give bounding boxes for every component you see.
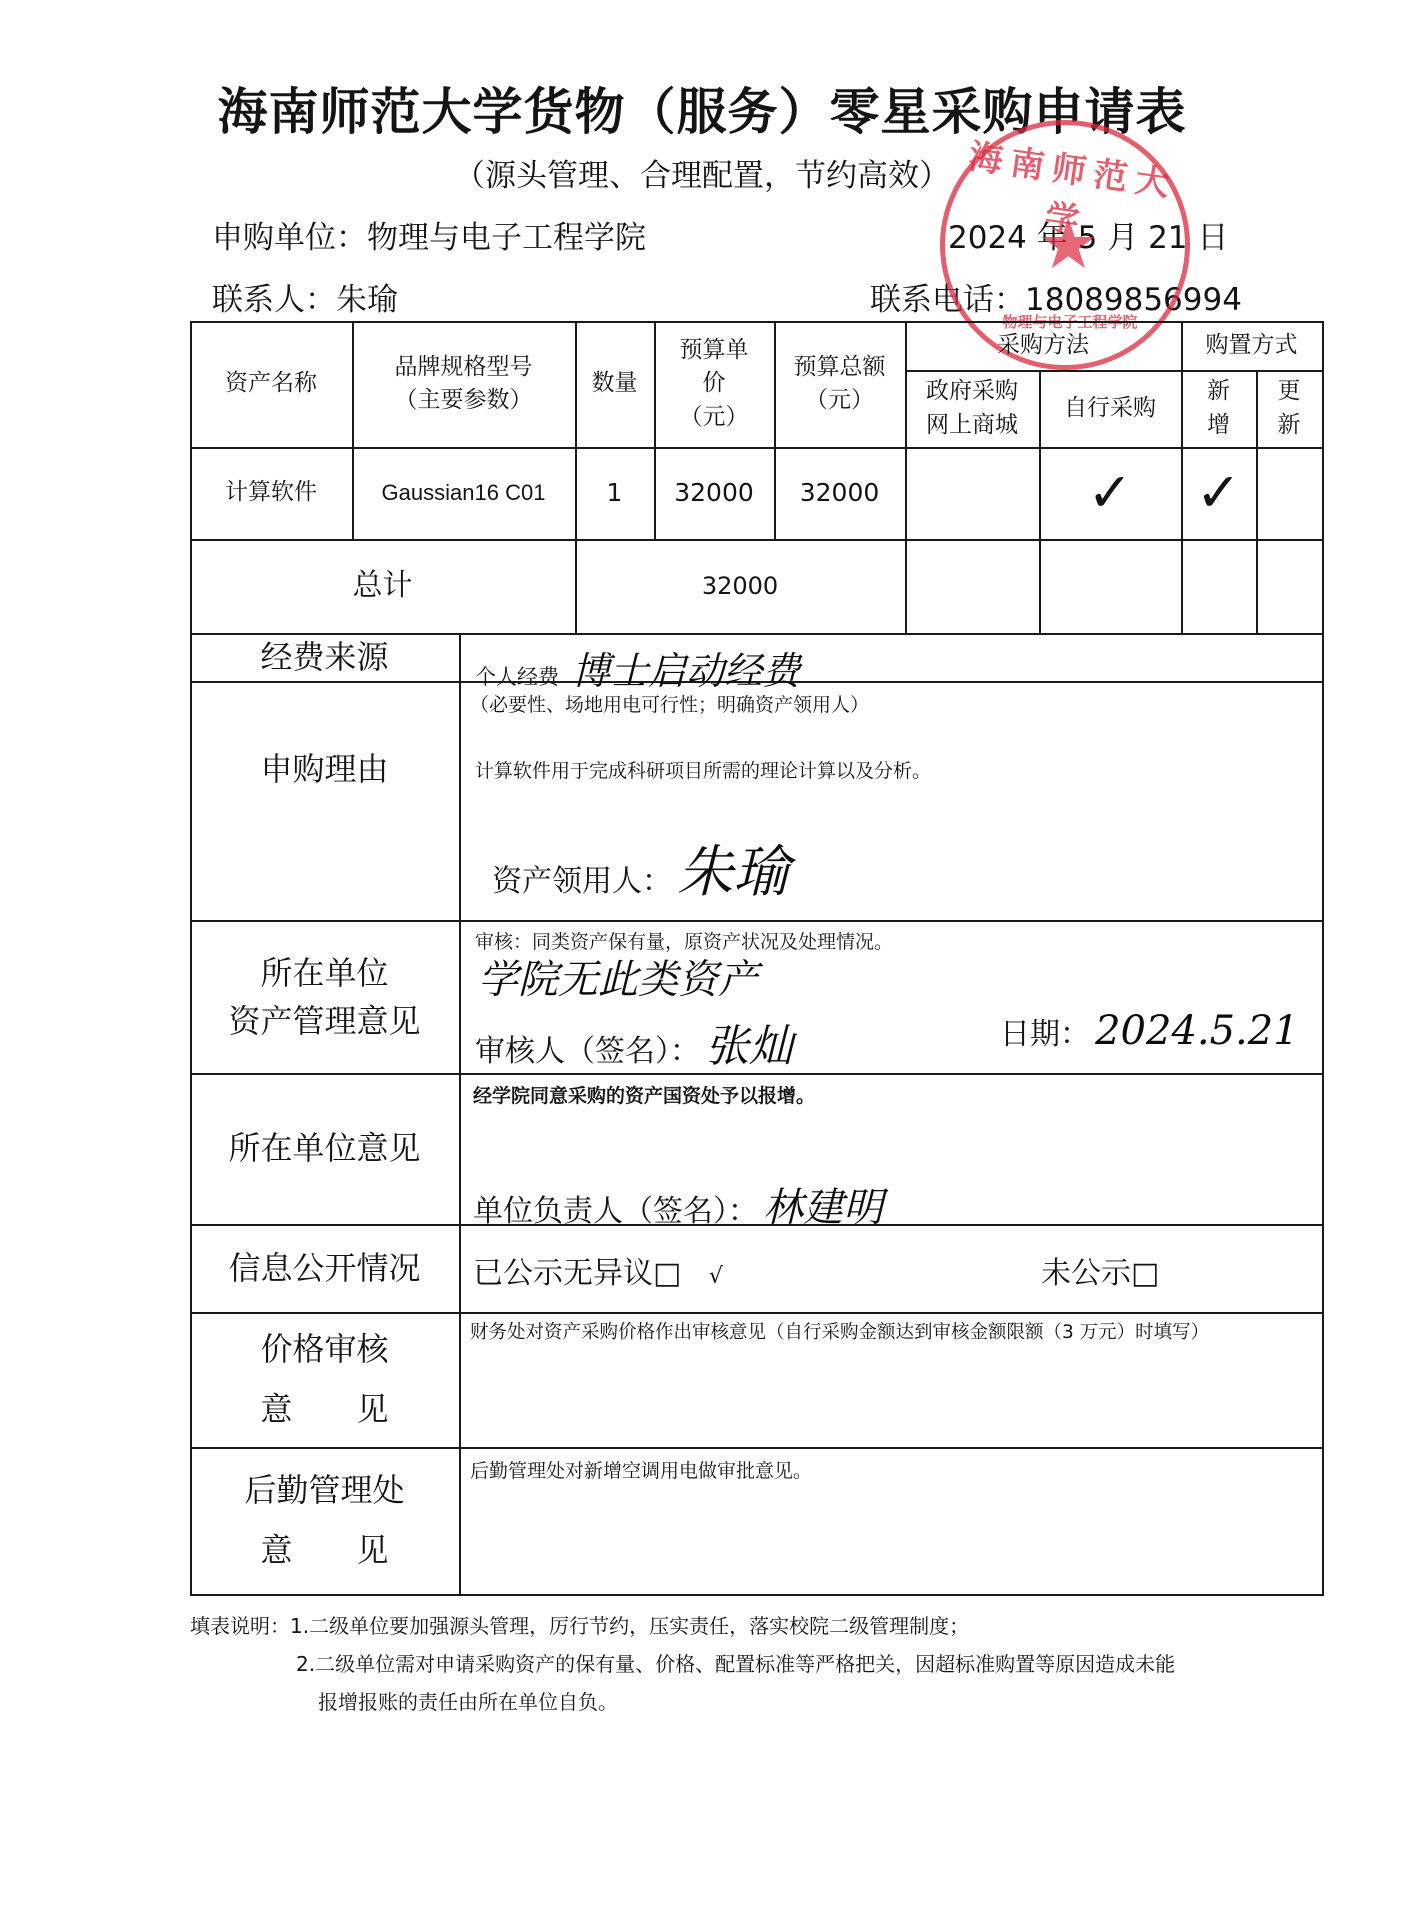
header-quantity: 数量 bbox=[575, 321, 654, 447]
total-label: 总计 bbox=[190, 539, 575, 633]
stamp-star-icon: ★ bbox=[1037, 203, 1100, 285]
header-replace-label: 更新 bbox=[1276, 375, 1302, 442]
new-purchase-check-icon: ✓ bbox=[1181, 447, 1256, 539]
asset-mgmt-handwritten: 学院无此类资产 bbox=[478, 948, 758, 1005]
header-unit-price-label: 预算单价 bbox=[676, 334, 752, 401]
funding-source-field: 个人经费 博士启动经费 bbox=[475, 640, 800, 695]
logistics-label-line2: 意 见 bbox=[260, 1521, 388, 1580]
reason-label: 申购理由 bbox=[190, 681, 459, 857]
row-unit-price: 32000 bbox=[654, 447, 774, 539]
form-subtitle: （源头管理、合理配置，节约高效） bbox=[0, 150, 1404, 195]
recipient-label: 资产领用人： bbox=[492, 864, 672, 899]
header-new-label: 新增 bbox=[1206, 375, 1232, 442]
header-purchase-type: 购置方式 bbox=[1181, 321, 1322, 370]
applicant-unit-label: 申购单位： bbox=[212, 220, 367, 256]
header-gov-online-mall-label: 政府采购网上商城 bbox=[924, 375, 1020, 442]
contact-value: 朱瑜 bbox=[336, 282, 398, 318]
price-review-label-line1: 价格审核 bbox=[260, 1320, 388, 1379]
notes-line3: 报增报账的责任由所在单位自负。 bbox=[318, 1686, 618, 1715]
unit-leader-field: 单位负责人（签名）： 林建明 bbox=[473, 1176, 883, 1233]
logistics-hint: 后勤管理处对新增空调用电做审批意见。 bbox=[470, 1456, 812, 1483]
unit-opinion-text: 经学院同意采购的资产国资处予以报增。 bbox=[473, 1081, 815, 1108]
logistics-label: 后勤管理处 意 见 bbox=[190, 1447, 459, 1594]
row-quantity: 1 bbox=[575, 447, 654, 539]
header-unit-price-unit: （元） bbox=[680, 401, 749, 434]
funding-source-prefix: 个人经费 bbox=[475, 665, 559, 689]
asset-mgmt-label-line1: 所在单位 bbox=[260, 949, 388, 997]
disclosure-published: 已公示无异议□ √ bbox=[473, 1248, 723, 1292]
header-procurement-method: 采购方法 bbox=[905, 321, 1181, 370]
applicant-unit-value: 物理与电子工程学院 bbox=[367, 220, 646, 256]
row-total-amount: 32000 bbox=[774, 447, 905, 539]
row-asset-name: 计算软件 bbox=[190, 447, 352, 539]
notes-line2: 2.二级单位需对申请采购资产的保有量、价格、配置标准等严格把关，因超标准购置等原… bbox=[296, 1648, 1175, 1677]
price-review-hint: 财务处对资产采购价格作出审核意见（自行采购金额达到审核金额限额（3 万元）时填写… bbox=[470, 1318, 1209, 1344]
reviewer-signature: 张灿 bbox=[705, 1021, 793, 1072]
row-brand-model: Gaussian16 C01 bbox=[352, 447, 575, 539]
asset-mgmt-label-line2: 资产管理意见 bbox=[228, 997, 420, 1045]
header-total-amount-label: 预算总额 bbox=[794, 351, 886, 384]
disclosure-unpublished-option: 未公示□ bbox=[1041, 1248, 1159, 1292]
price-review-label-line2: 意 见 bbox=[260, 1380, 388, 1439]
row-gov-online-mall bbox=[905, 447, 1039, 539]
review-date-value: 2024.5.21 bbox=[1095, 1008, 1299, 1054]
header-self-procurement: 自行采购 bbox=[1039, 370, 1181, 447]
header-brand-model: 品牌规格型号 （主要参数） bbox=[352, 321, 575, 447]
total-value: 32000 bbox=[575, 539, 905, 633]
header-replace: 更新 bbox=[1256, 370, 1322, 447]
review-date-label: 日期： bbox=[1000, 1017, 1090, 1052]
disclosure-label: 信息公开情况 bbox=[190, 1224, 459, 1312]
header-brand-model-sub: （主要参数） bbox=[395, 384, 533, 417]
header-new: 新增 bbox=[1181, 370, 1256, 447]
row-replace bbox=[1256, 447, 1322, 539]
reason-hint: （必要性、场地用电可行性；明确资产领用人） bbox=[470, 690, 869, 717]
self-procurement-check-icon: ✓ bbox=[1039, 447, 1181, 539]
funding-source-handwritten: 博士启动经费 bbox=[572, 649, 800, 693]
price-review-label: 价格审核 意 见 bbox=[190, 1312, 459, 1447]
disclosure-published-option: 已公示无异议□ bbox=[473, 1256, 681, 1291]
recipient-signature: 朱瑜 bbox=[677, 840, 789, 905]
reviewer-label: 审核人（签名）： bbox=[475, 1034, 700, 1069]
header-total-amount-unit: （元） bbox=[805, 384, 874, 417]
notes-line1: 填表说明：1.二级单位要加强源头管理，厉行节约，压实责任，落实校院二级管理制度； bbox=[190, 1610, 969, 1639]
unit-leader-label: 单位负责人（签名）： bbox=[473, 1194, 758, 1229]
funding-source-label: 经费来源 bbox=[190, 633, 459, 681]
header-asset-name: 资产名称 bbox=[190, 321, 352, 447]
header-total-amount: 预算总额 （元） bbox=[774, 321, 905, 447]
disclosure-check-icon: √ bbox=[709, 1264, 723, 1289]
reason-text: 计算软件用于完成科研项目所需的理论计算以及分析。 bbox=[475, 756, 931, 783]
unit-leader-signature: 林建明 bbox=[763, 1185, 883, 1231]
recipient-field: 资产领用人： 朱瑜 bbox=[492, 828, 789, 908]
contact-person: 联系人：朱瑜 bbox=[212, 274, 398, 319]
logistics-label-line1: 后勤管理处 bbox=[244, 1461, 404, 1520]
header-gov-online-mall: 政府采购网上商城 bbox=[905, 370, 1039, 447]
form-title: 海南师范大学货物（服务）零星采购申请表 bbox=[0, 72, 1404, 144]
header-brand-model-label: 品牌规格型号 bbox=[395, 351, 533, 384]
date-day-suffix: 日 bbox=[1197, 220, 1228, 256]
asset-mgmt-date: 日期： 2024.5.21 bbox=[1000, 1008, 1299, 1054]
unit-opinion-label: 所在单位意见 bbox=[190, 1073, 459, 1224]
contact-label: 联系人： bbox=[212, 282, 336, 318]
header-unit-price: 预算单价 （元） bbox=[654, 321, 774, 447]
asset-mgmt-reviewer: 审核人（签名）： 张灿 bbox=[475, 1010, 793, 1074]
asset-mgmt-label: 所在单位 资产管理意见 bbox=[190, 920, 459, 1073]
applicant-unit: 申购单位：物理与电子工程学院 bbox=[212, 212, 646, 257]
